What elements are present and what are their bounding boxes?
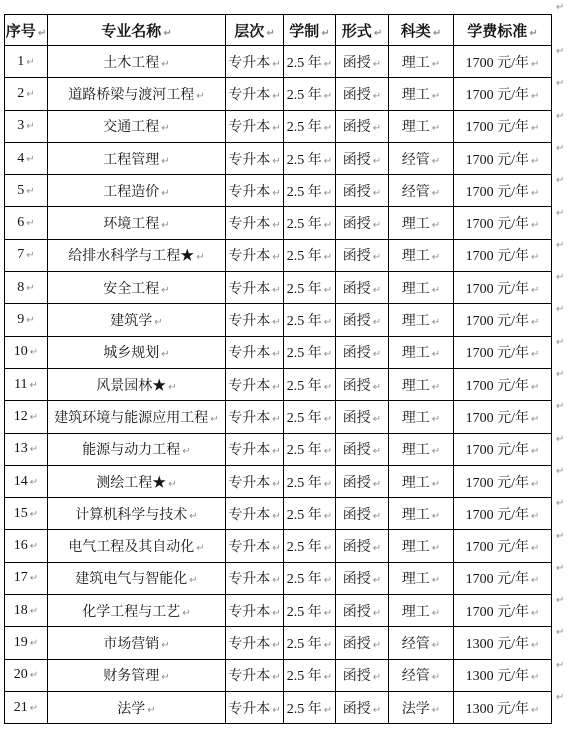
table-row: 1↵土木工程↵专升本↵2.5 年↵函授↵理工↵1700 元/年↵ xyxy=(5,46,552,78)
end-of-cell-mark: ↵ xyxy=(432,575,440,586)
cell-text: 函授 xyxy=(343,411,371,426)
end-of-cell-mark: ↵ xyxy=(324,349,332,360)
cell-text: 专升本 xyxy=(228,572,270,587)
table-row: 7↵给排水科学与工程★↵专升本↵2.5 年↵函授↵理工↵1700 元/年↵ xyxy=(5,239,552,271)
end-of-cell-mark: ↵ xyxy=(432,252,440,263)
cell-text: 理工 xyxy=(402,476,430,491)
cell-text: 法学 xyxy=(117,702,145,717)
cell-text: 2.5 年 xyxy=(287,379,322,394)
table-cell: 函授↵ xyxy=(336,530,389,562)
end-of-cell-mark: ↵ xyxy=(373,349,381,360)
end-of-row-mark: ↵ xyxy=(556,144,564,154)
cell-major-name: 计算机科学与技术↵ xyxy=(48,498,226,530)
table-cell: 1700 元/年↵ xyxy=(454,401,552,433)
cell-text: 理工 xyxy=(402,443,430,458)
cell-text: 道路桥梁与渡河工程 xyxy=(68,88,194,103)
table-cell: 15↵ xyxy=(5,498,48,530)
cell-text: 2.5 年 xyxy=(287,476,322,491)
end-of-cell-mark: ↵ xyxy=(373,123,381,134)
cell-text: 函授 xyxy=(343,185,371,200)
end-of-row-mark: ↵ xyxy=(556,47,564,57)
end-of-row-mark: ↵ xyxy=(556,499,564,509)
cell-major-name: 道路桥梁与渡河工程↵ xyxy=(48,78,226,110)
cell-text: 专升本 xyxy=(228,217,270,232)
cell-text: 函授 xyxy=(343,540,371,555)
cell-text: 专升本 xyxy=(228,346,270,361)
table-cell: 专升本↵ xyxy=(226,659,284,691)
end-of-cell-mark: ↵ xyxy=(321,28,329,39)
end-of-cell-mark: ↵ xyxy=(529,28,537,39)
cell-text: 13 xyxy=(14,441,28,456)
cell-text: 函授 xyxy=(343,153,371,168)
table-cell: 专升本↵ xyxy=(226,46,284,78)
table-cell: 理工↵ xyxy=(389,239,454,271)
cell-text: 函授 xyxy=(343,637,371,652)
table-cell: 6↵ xyxy=(5,207,48,239)
cell-major-name: 法学↵ xyxy=(48,691,226,723)
table-cell: 1700 元/年↵ xyxy=(454,368,552,400)
end-of-cell-mark: ↵ xyxy=(272,511,280,522)
majors-table: 序号↵专业名称↵层次↵学制↵形式↵科类↵学费标准↵ 1↵土木工程↵专升本↵2.5… xyxy=(4,14,552,724)
end-of-cell-mark: ↵ xyxy=(324,59,332,70)
end-of-cell-mark: ↵ xyxy=(161,349,169,360)
end-of-cell-mark: ↵ xyxy=(373,575,381,586)
table-cell: 函授↵ xyxy=(336,562,389,594)
cell-text: 函授 xyxy=(343,669,371,684)
end-of-cell-mark: ↵ xyxy=(373,220,381,231)
end-of-row-mark: ↵ xyxy=(556,338,564,348)
end-of-cell-mark: ↵ xyxy=(432,414,440,425)
cell-text: 土木工程 xyxy=(103,56,159,71)
end-of-cell-mark: ↵ xyxy=(531,414,539,425)
end-of-cell-mark: ↵ xyxy=(324,317,332,328)
cell-text: 2.5 年 xyxy=(287,249,322,264)
end-of-cell-mark: ↵ xyxy=(30,444,38,455)
end-of-cell-mark: ↵ xyxy=(373,414,381,425)
table-cell: 18↵ xyxy=(5,595,48,627)
cell-text: 4 xyxy=(17,151,24,166)
cell-text: 2.5 年 xyxy=(287,120,322,135)
cell-text: 科类 xyxy=(401,24,431,40)
table-cell: 2.5 年↵ xyxy=(284,110,336,142)
table-cell: 函授↵ xyxy=(336,272,389,304)
column-header: 序号↵ xyxy=(5,15,48,46)
table-cell: 理工↵ xyxy=(389,46,454,78)
table-cell: 13↵ xyxy=(5,433,48,465)
table-cell: 专升本↵ xyxy=(226,433,284,465)
cell-text: 1700 元/年 xyxy=(466,314,529,329)
cell-text: 1700 元/年 xyxy=(466,540,529,555)
cell-text: 专升本 xyxy=(228,249,270,264)
cell-text: 专升本 xyxy=(228,702,270,717)
cell-text: 10 xyxy=(14,344,28,359)
table-row: 8↵安全工程↵专升本↵2.5 年↵函授↵理工↵1700 元/年↵ xyxy=(5,272,552,304)
table-cell: 理工↵ xyxy=(389,272,454,304)
cell-text: 17 xyxy=(14,570,28,585)
end-of-cell-mark: ↵ xyxy=(272,220,280,231)
table-cell: 专升本↵ xyxy=(226,175,284,207)
cell-text: 电气工程及其自动化 xyxy=(68,540,194,555)
end-of-cell-mark: ↵ xyxy=(30,509,38,520)
cell-major-name: 安全工程↵ xyxy=(48,272,226,304)
end-of-cell-mark: ↵ xyxy=(272,285,280,296)
end-of-row-mark: ↵ xyxy=(556,596,564,606)
table-cell: 2.5 年↵ xyxy=(284,207,336,239)
cell-text: 经管 xyxy=(402,185,430,200)
end-of-cell-mark: ↵ xyxy=(272,479,280,490)
cell-text: 交通工程 xyxy=(103,120,159,135)
end-of-cell-mark: ↵ xyxy=(324,188,332,199)
document-page: ↵ 序号↵专业名称↵层次↵学制↵形式↵科类↵学费标准↵ 1↵土木工程↵专升本↵2… xyxy=(0,0,568,732)
end-of-cell-mark: ↵ xyxy=(373,608,381,619)
table-cell: 2.5 年↵ xyxy=(284,336,336,368)
table-row: 21↵法学↵专升本↵2.5 年↵函授↵法学↵1300 元/年↵ xyxy=(5,691,552,723)
cell-text: 1700 元/年 xyxy=(466,346,529,361)
end-of-cell-mark: ↵ xyxy=(432,156,440,167)
end-of-cell-mark: ↵ xyxy=(30,670,38,681)
table-cell: 2.5 年↵ xyxy=(284,498,336,530)
cell-text: 2.5 年 xyxy=(287,508,322,523)
cell-text: 1700 元/年 xyxy=(466,379,529,394)
end-of-cell-mark: ↵ xyxy=(531,285,539,296)
cell-major-name: 建筑环境与能源应用工程↵ xyxy=(48,401,226,433)
cell-text: 专升本 xyxy=(228,637,270,652)
cell-text: 城乡规划 xyxy=(103,346,159,361)
cell-text: 1700 元/年 xyxy=(466,508,529,523)
cell-text: 理工 xyxy=(402,346,430,361)
end-of-row-mark: ↵ xyxy=(556,467,564,477)
end-of-cell-mark: ↵ xyxy=(324,220,332,231)
cell-text: 函授 xyxy=(343,282,371,297)
cell-text: 2.5 年 xyxy=(287,669,322,684)
end-of-cell-mark: ↵ xyxy=(26,186,34,197)
table-cell: 函授↵ xyxy=(336,336,389,368)
table-cell: 函授↵ xyxy=(336,401,389,433)
end-of-cell-mark: ↵ xyxy=(531,543,539,554)
table-cell: 理工↵ xyxy=(389,595,454,627)
cell-text: 21 xyxy=(14,700,28,715)
end-of-cell-mark: ↵ xyxy=(324,543,332,554)
table-cell: 函授↵ xyxy=(336,207,389,239)
end-of-cell-mark: ↵ xyxy=(324,575,332,586)
end-of-cell-mark: ↵ xyxy=(373,285,381,296)
table-row: 5↵工程造价↵专升本↵2.5 年↵函授↵经管↵1700 元/年↵ xyxy=(5,175,552,207)
table-cell: 专升本↵ xyxy=(226,401,284,433)
end-of-cell-mark: ↵ xyxy=(531,382,539,393)
cell-text: 1700 元/年 xyxy=(466,605,529,620)
table-cell: 法学↵ xyxy=(389,691,454,723)
cell-text: 专升本 xyxy=(228,314,270,329)
cell-major-name: 土木工程↵ xyxy=(48,46,226,78)
table-cell: 1300 元/年↵ xyxy=(454,627,552,659)
cell-text: 2.5 年 xyxy=(287,346,322,361)
cell-text: 工程管理 xyxy=(103,153,159,168)
cell-major-name: 给排水科学与工程★↵ xyxy=(48,239,226,271)
cell-major-name: 市场营销↵ xyxy=(48,627,226,659)
cell-text: 专升本 xyxy=(228,508,270,523)
table-cell: 理工↵ xyxy=(389,562,454,594)
table-cell: 2.5 年↵ xyxy=(284,433,336,465)
table-cell: 理工↵ xyxy=(389,465,454,497)
cell-text: 16 xyxy=(14,538,28,553)
cell-text: 计算机科学与技术 xyxy=(75,508,187,523)
cell-text: 理工 xyxy=(402,379,430,394)
cell-text: 2.5 年 xyxy=(287,314,322,329)
cell-text: 理工 xyxy=(402,217,430,232)
end-of-cell-mark: ↵ xyxy=(196,543,204,554)
cell-text: 理工 xyxy=(402,56,430,71)
cell-text: 2.5 年 xyxy=(287,540,322,555)
table-body: 1↵土木工程↵专升本↵2.5 年↵函授↵理工↵1700 元/年↵2↵道路桥梁与渡… xyxy=(5,46,552,724)
cell-text: 1300 元/年 xyxy=(466,669,529,684)
table-row: 14↵测绘工程★↵专升本↵2.5 年↵函授↵理工↵1700 元/年↵ xyxy=(5,465,552,497)
end-of-cell-mark: ↵ xyxy=(324,123,332,134)
cell-text: 化学工程与工艺 xyxy=(82,605,180,620)
end-of-cell-mark: ↵ xyxy=(531,479,539,490)
table-cell: 1700 元/年↵ xyxy=(454,595,552,627)
cell-text: 工程造价 xyxy=(103,185,159,200)
cell-text: 2.5 年 xyxy=(287,185,322,200)
cell-major-name: 电气工程及其自动化↵ xyxy=(48,530,226,562)
end-of-cell-mark: ↵ xyxy=(324,382,332,393)
cell-text: 2.5 年 xyxy=(287,443,322,458)
end-of-cell-mark: ↵ xyxy=(272,446,280,457)
cell-text: 1300 元/年 xyxy=(466,637,529,652)
table-cell: 专升本↵ xyxy=(226,272,284,304)
table-cell: 经管↵ xyxy=(389,142,454,174)
table-cell: 9↵ xyxy=(5,304,48,336)
end-of-cell-mark: ↵ xyxy=(531,705,539,716)
end-of-cell-mark: ↵ xyxy=(266,28,274,39)
end-of-cell-mark: ↵ xyxy=(531,156,539,167)
table-cell: 2.5 年↵ xyxy=(284,175,336,207)
end-of-cell-mark: ↵ xyxy=(272,414,280,425)
table-cell: 1300 元/年↵ xyxy=(454,659,552,691)
end-of-row-mark: ↵ xyxy=(556,241,564,251)
end-of-cell-mark: ↵ xyxy=(30,703,38,714)
end-of-cell-mark: ↵ xyxy=(26,121,34,132)
table-row: 16↵电气工程及其自动化↵专升本↵2.5 年↵函授↵理工↵1700 元/年↵ xyxy=(5,530,552,562)
end-of-cell-mark: ↵ xyxy=(196,91,204,102)
cell-text: 函授 xyxy=(343,476,371,491)
cell-text: 专业名称 xyxy=(101,24,161,40)
table-cell: 专升本↵ xyxy=(226,78,284,110)
end-of-cell-mark: ↵ xyxy=(324,672,332,683)
end-of-cell-mark: ↵ xyxy=(272,608,280,619)
cell-text: 函授 xyxy=(343,120,371,135)
cell-text: 19 xyxy=(14,635,28,650)
end-of-cell-mark: ↵ xyxy=(432,543,440,554)
table-cell: 专升本↵ xyxy=(226,595,284,627)
end-of-cell-mark: ↵ xyxy=(272,317,280,328)
column-header: 学费标准↵ xyxy=(454,15,552,46)
end-of-cell-mark: ↵ xyxy=(272,252,280,263)
cell-text: 函授 xyxy=(343,88,371,103)
end-of-cell-mark: ↵ xyxy=(531,575,539,586)
table-cell: 2.5 年↵ xyxy=(284,659,336,691)
table-cell: 函授↵ xyxy=(336,142,389,174)
table-cell: 20↵ xyxy=(5,659,48,691)
cell-text: 专升本 xyxy=(228,56,270,71)
end-of-cell-mark: ↵ xyxy=(531,252,539,263)
cell-text: 法学 xyxy=(402,702,430,717)
cell-text: 函授 xyxy=(343,572,371,587)
cell-text: 理工 xyxy=(402,540,430,555)
table-cell: 1700 元/年↵ xyxy=(454,46,552,78)
end-of-cell-mark: ↵ xyxy=(182,446,190,457)
table-cell: 专升本↵ xyxy=(226,207,284,239)
end-of-cell-mark: ↵ xyxy=(182,608,190,619)
table-cell: 1700 元/年↵ xyxy=(454,239,552,271)
column-header: 形式↵ xyxy=(336,15,389,46)
cell-text: 能源与动力工程 xyxy=(82,443,180,458)
table-cell: 1700 元/年↵ xyxy=(454,142,552,174)
table-row: 2↵道路桥梁与渡河工程↵专升本↵2.5 年↵函授↵理工↵1700 元/年↵ xyxy=(5,78,552,110)
table-cell: 1↵ xyxy=(5,46,48,78)
end-of-cell-mark: ↵ xyxy=(432,91,440,102)
cell-text: 专升本 xyxy=(228,120,270,135)
table-cell: 2.5 年↵ xyxy=(284,142,336,174)
end-of-cell-mark: ↵ xyxy=(154,317,162,328)
cell-text: 财务管理 xyxy=(103,669,159,684)
end-of-cell-mark: ↵ xyxy=(432,479,440,490)
end-of-cell-mark: ↵ xyxy=(161,123,169,134)
table-cell: 专升本↵ xyxy=(226,142,284,174)
end-of-row-mark: ↵ xyxy=(556,79,564,89)
end-of-cell-mark: ↵ xyxy=(373,446,381,457)
table-cell: 5↵ xyxy=(5,175,48,207)
cell-major-name: 化学工程与工艺↵ xyxy=(48,595,226,627)
end-of-cell-mark: ↵ xyxy=(531,220,539,231)
cell-major-name: 环境工程↵ xyxy=(48,207,226,239)
end-of-cell-mark: ↵ xyxy=(373,705,381,716)
cell-major-name: 风景园林★↵ xyxy=(48,368,226,400)
table-cell: 2.5 年↵ xyxy=(284,368,336,400)
end-of-cell-mark: ↵ xyxy=(161,220,169,231)
end-of-cell-mark: ↵ xyxy=(26,283,34,294)
end-of-cell-mark: ↵ xyxy=(373,511,381,522)
cell-major-name: 城乡规划↵ xyxy=(48,336,226,368)
cell-text: 理工 xyxy=(402,572,430,587)
table-row: 18↵化学工程与工艺↵专升本↵2.5 年↵函授↵理工↵1700 元/年↵ xyxy=(5,595,552,627)
end-of-cell-mark: ↵ xyxy=(161,59,169,70)
table-cell: 14↵ xyxy=(5,465,48,497)
end-of-row-mark: ↵ xyxy=(556,402,564,412)
end-of-cell-mark: ↵ xyxy=(531,188,539,199)
cell-text: 专升本 xyxy=(228,379,270,394)
cell-major-name: 财务管理↵ xyxy=(48,659,226,691)
end-of-cell-mark: ↵ xyxy=(432,608,440,619)
cell-text: 理工 xyxy=(402,88,430,103)
table-cell: 21↵ xyxy=(5,691,48,723)
cell-text: 函授 xyxy=(343,443,371,458)
cell-text: 函授 xyxy=(343,379,371,394)
end-of-cell-mark: ↵ xyxy=(272,640,280,651)
column-header: 学制↵ xyxy=(284,15,336,46)
table-row: 11↵风景园林★↵专升本↵2.5 年↵函授↵理工↵1700 元/年↵ xyxy=(5,368,552,400)
end-of-row-mark: ↵ xyxy=(556,435,564,445)
table-cell: 理工↵ xyxy=(389,304,454,336)
cell-text: 序号 xyxy=(6,24,36,40)
cell-text: 给排水科学与工程★ xyxy=(68,249,194,264)
table-cell: 理工↵ xyxy=(389,433,454,465)
cell-text: 函授 xyxy=(343,314,371,329)
paragraph-mark: ↵ xyxy=(556,3,564,13)
end-of-cell-mark: ↵ xyxy=(432,285,440,296)
end-of-cell-mark: ↵ xyxy=(30,347,38,358)
table-cell: 函授↵ xyxy=(336,498,389,530)
end-of-cell-mark: ↵ xyxy=(373,317,381,328)
cell-text: 理工 xyxy=(402,411,430,426)
end-of-cell-mark: ↵ xyxy=(272,672,280,683)
table-cell: 2.5 年↵ xyxy=(284,304,336,336)
column-header: 专业名称↵ xyxy=(48,15,226,46)
end-of-cell-mark: ↵ xyxy=(26,315,34,326)
cell-text: 理工 xyxy=(402,282,430,297)
cell-major-name: 工程管理↵ xyxy=(48,142,226,174)
table-cell: 专升本↵ xyxy=(226,110,284,142)
table-cell: 1700 元/年↵ xyxy=(454,433,552,465)
end-of-cell-mark: ↵ xyxy=(324,608,332,619)
cell-text: 1 xyxy=(17,54,24,69)
end-of-cell-mark: ↵ xyxy=(531,608,539,619)
table-cell: 12↵ xyxy=(5,401,48,433)
end-of-cell-mark: ↵ xyxy=(26,89,34,100)
table-cell: 函授↵ xyxy=(336,433,389,465)
cell-text: 1700 元/年 xyxy=(466,56,529,71)
table-cell: 1700 元/年↵ xyxy=(454,498,552,530)
cell-text: 函授 xyxy=(343,56,371,71)
table-cell: 2.5 年↵ xyxy=(284,401,336,433)
cell-text: 1700 元/年 xyxy=(466,185,529,200)
end-of-row-mark: ↵ xyxy=(556,370,564,380)
end-of-cell-mark: ↵ xyxy=(30,380,38,391)
table-cell: 专升本↵ xyxy=(226,562,284,594)
end-of-cell-mark: ↵ xyxy=(531,672,539,683)
table-cell: 理工↵ xyxy=(389,78,454,110)
end-of-cell-mark: ↵ xyxy=(26,218,34,229)
cell-text: 18 xyxy=(14,603,28,618)
table-cell: 函授↵ xyxy=(336,78,389,110)
end-of-cell-mark: ↵ xyxy=(189,575,197,586)
table-cell: 专升本↵ xyxy=(226,304,284,336)
end-of-cell-mark: ↵ xyxy=(373,672,381,683)
table-cell: 专升本↵ xyxy=(226,465,284,497)
table-cell: 2.5 年↵ xyxy=(284,465,336,497)
cell-major-name: 建筑电气与智能化↵ xyxy=(48,562,226,594)
table-cell: 8↵ xyxy=(5,272,48,304)
table-cell: 函授↵ xyxy=(336,368,389,400)
table-cell: 1700 元/年↵ xyxy=(454,272,552,304)
end-of-cell-mark: ↵ xyxy=(373,543,381,554)
table-cell: 2.5 年↵ xyxy=(284,627,336,659)
cell-text: 经管 xyxy=(402,669,430,684)
cell-text: 5 xyxy=(17,183,24,198)
cell-text: 环境工程 xyxy=(103,217,159,232)
end-of-cell-mark: ↵ xyxy=(374,28,382,39)
table-cell: 2.5 年↵ xyxy=(284,562,336,594)
end-of-row-mark: ↵ xyxy=(556,209,564,219)
cell-text: 1700 元/年 xyxy=(466,249,529,264)
column-header: 科类↵ xyxy=(389,15,454,46)
end-of-cell-mark: ↵ xyxy=(433,28,441,39)
cell-text: 1700 元/年 xyxy=(466,411,529,426)
cell-text: 专升本 xyxy=(228,540,270,555)
table-cell: 理工↵ xyxy=(389,401,454,433)
end-of-row-mark: ↵ xyxy=(556,564,564,574)
cell-text: 1700 元/年 xyxy=(466,443,529,458)
cell-text: 函授 xyxy=(343,217,371,232)
